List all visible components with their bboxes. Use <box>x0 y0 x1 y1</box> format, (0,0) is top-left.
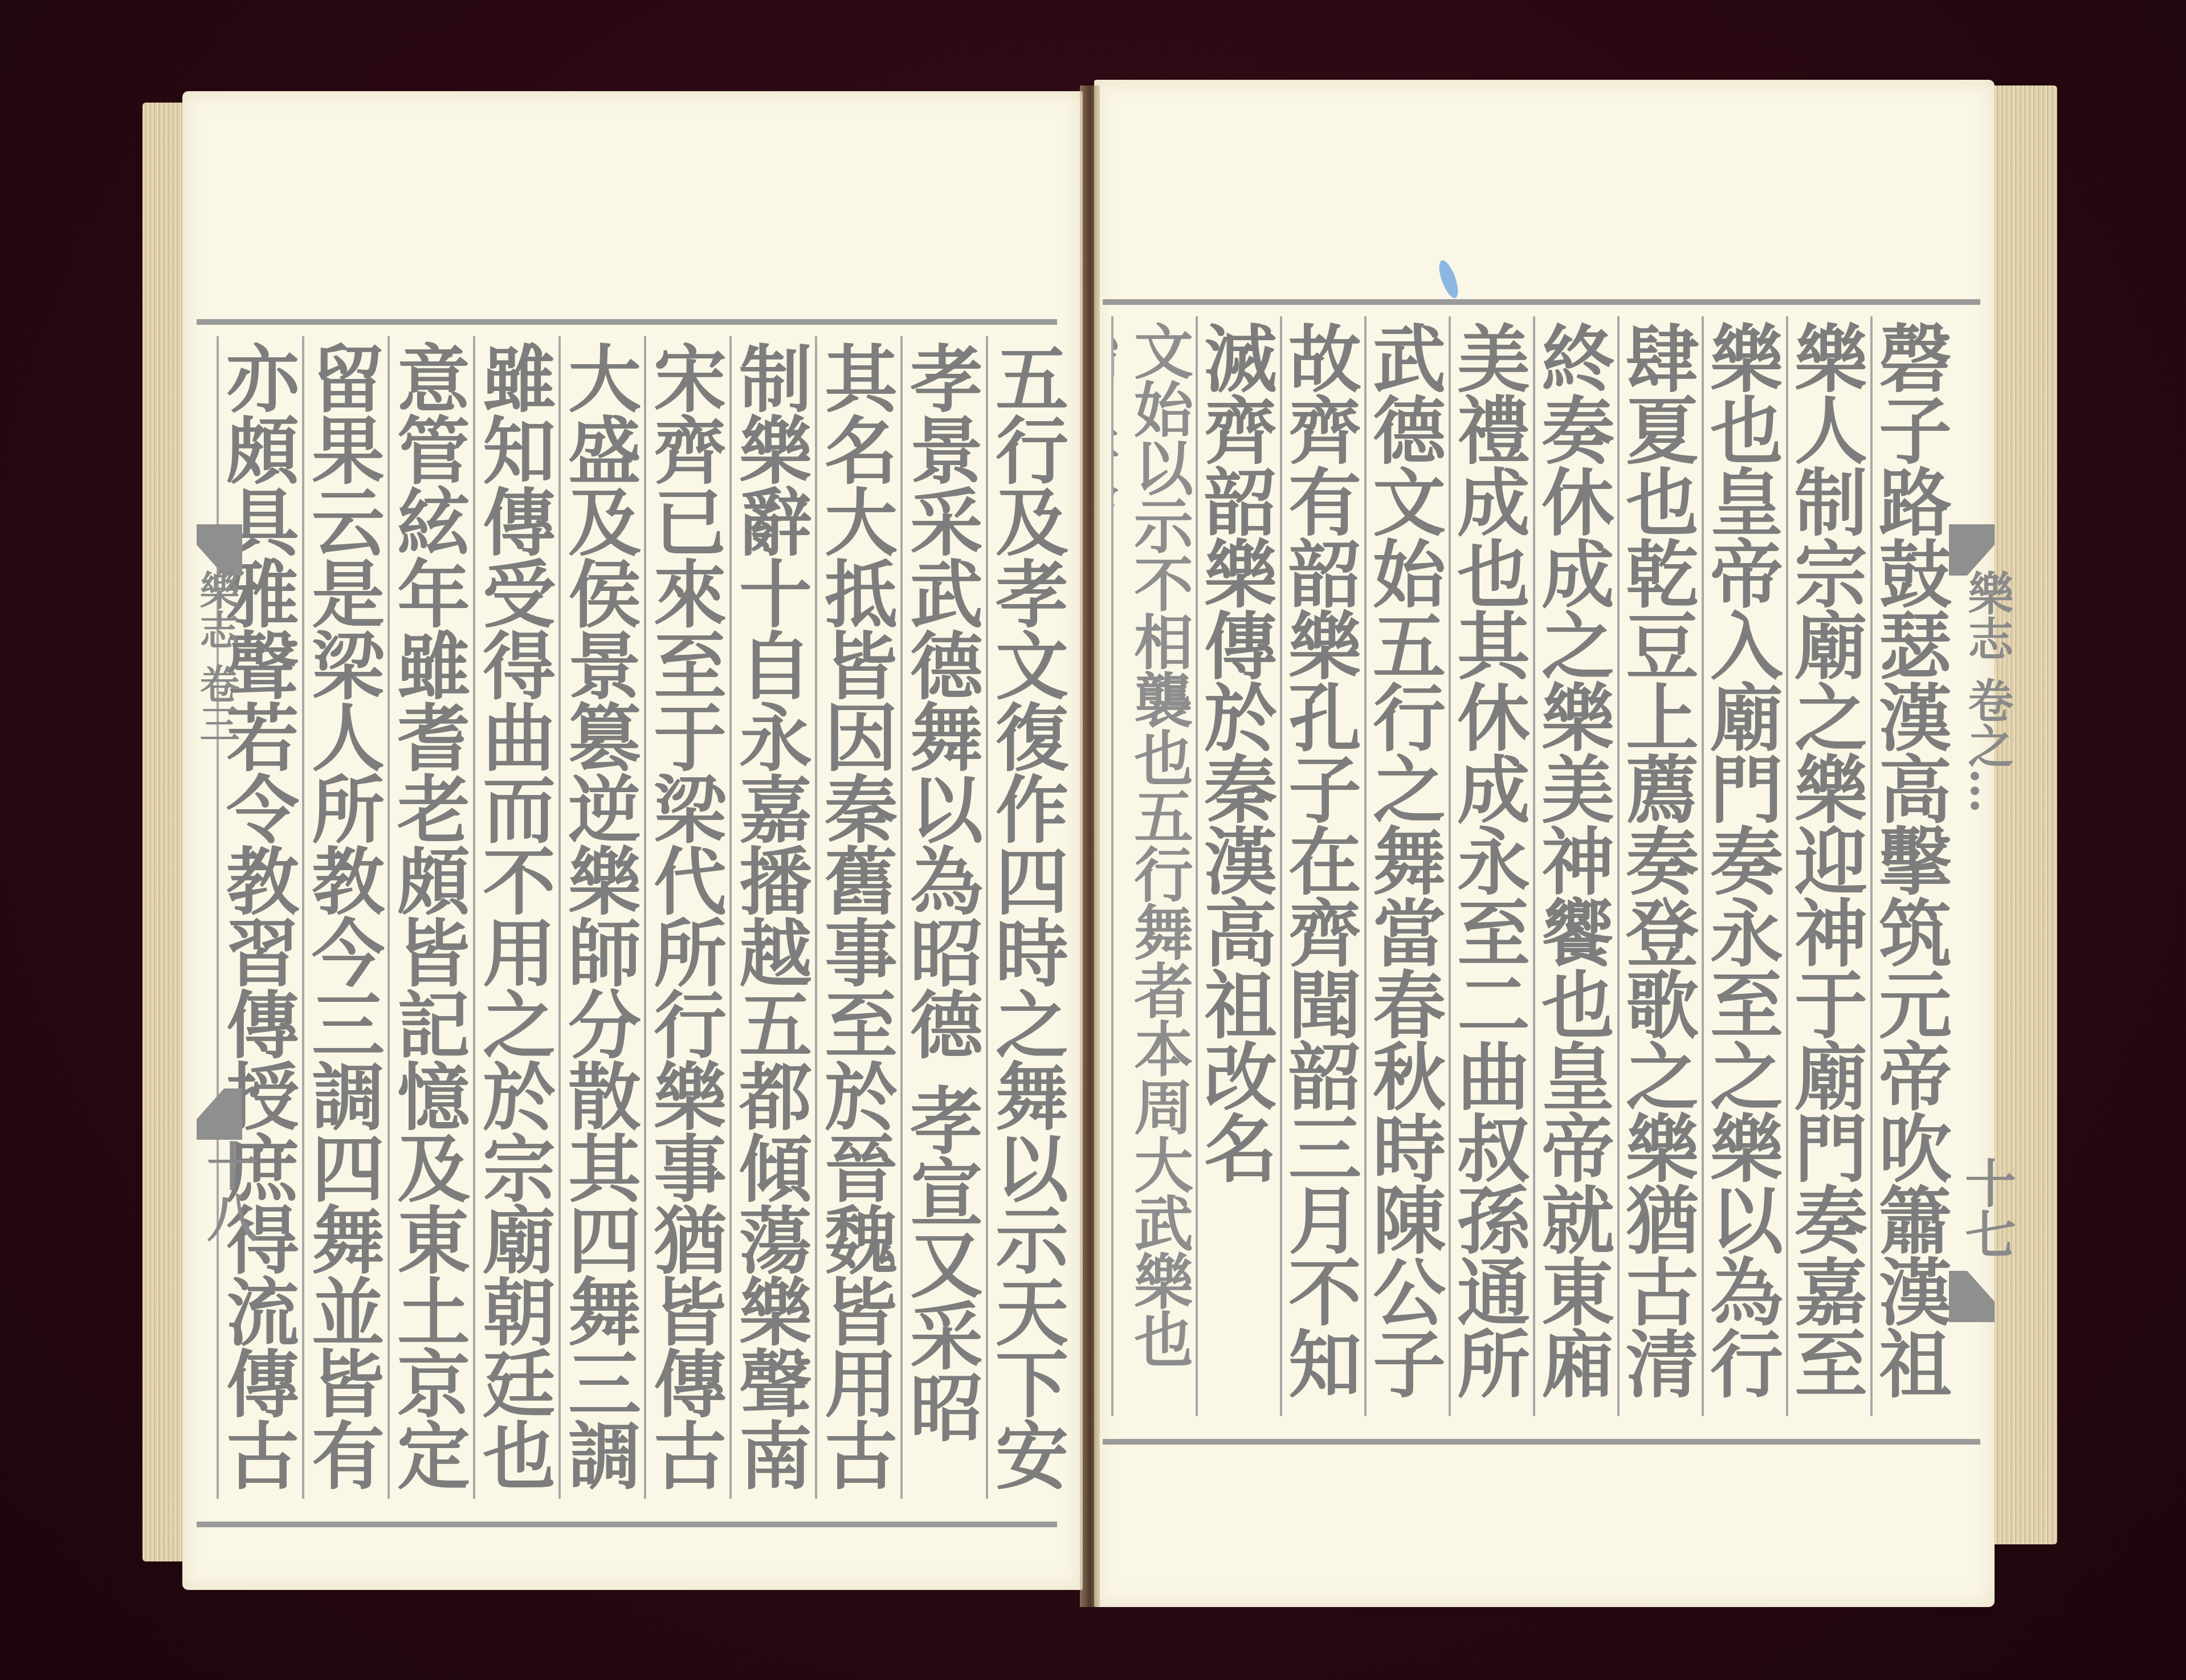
right-page-text: 磬子路鼓瑟漢高擊筑元帝吹簫漢祖之初叔孫通因秦 樂人制宗廟之樂迎神于廟門奏嘉至之樂… <box>1111 316 1955 1416</box>
left-margin-title: 樂志 卷三 <box>188 570 246 743</box>
page-edges-left <box>142 103 188 1561</box>
text-column: 雖知傳受得曲而不用之於宗廟朝廷也臣少好音律留 <box>473 336 558 1499</box>
text-column: 大盛及侯景篡逆樂師分散其四舞三調悉度偽齊齊氏 <box>558 336 644 1499</box>
text-column: 磬子路鼓瑟漢高擊筑元帝吹簫漢祖之初叔孫通因秦 <box>1870 316 1955 1416</box>
text-column: 意管絃年雖耆老頗皆記憶及東土京定樂人悉反問其逗 <box>388 336 473 1499</box>
text-column: 樂也皇帝入廟門奏永至之樂以為行步之節猶古采薺 <box>1702 316 1786 1416</box>
text-column: 宋齊已來至于梁代所行樂事猶皆傳古三雅四始實稱 <box>644 336 729 1499</box>
text-column: 樂人制宗廟之樂迎神于廟門奏嘉至之樂猶古降神之 <box>1786 316 1870 1416</box>
text-column: 孝景采武德舞以為昭德 孝宣又采昭德以為盛德雖變 <box>900 336 986 1499</box>
left-page-text: 五行及孝文復作四時之舞以示天下安和四時順也 孝景采武德舞以為昭德 孝宣又采昭德以… <box>217 336 1071 1499</box>
text-column: 五行及孝文復作四時之舞以示天下安和四時順也 <box>986 336 1071 1499</box>
right-margin-title: 樂志 卷之… <box>1955 570 2020 814</box>
page-edges-right <box>1995 85 2057 1544</box>
text-column: 其名大抵皆因秦舊事至於晉魏皆用古樂魏之三祖並 <box>815 336 900 1499</box>
text-column: 留果云是梁人所教今三調四舞並皆有手雖不能精熟 <box>302 336 388 1499</box>
right-page-number: 十七 <box>1949 1157 2023 1259</box>
text-column: 終奏休成之樂美神饗也皇帝就東廂坐定奏永安之樂 <box>1533 316 1617 1416</box>
left-page-number: 十八 <box>191 1140 265 1242</box>
text-column: 滅齊韶樂傳於秦漢高祖改名 <box>1196 316 1280 1416</box>
text-column: 故齊有韶樂孔子在齊聞韶三月不知肉味是也秦始皇 <box>1280 316 1364 1416</box>
book-gutter <box>1080 85 1100 1607</box>
text-column: 亦頗具雅聲若令教習傳授庶得流傳古樂然後取其會 <box>217 336 302 1499</box>
text-column: 文始以示不相襲也五行舞者本周大武樂也始皇改曰 <box>1111 316 1196 1416</box>
text-column: 制樂辭十自永嘉播越五都傾蕩樂聲南度以是大備江東 <box>729 336 815 1499</box>
text-column: 肆夏也乾豆上薦奏登歌之樂猶古清廟之歌也登歌再 <box>1617 316 1702 1416</box>
text-column: 武德文始五行之舞當春秋時陳公子完奔齊陳是舜後 <box>1364 316 1449 1416</box>
text-column: 美禮成也其休成永至二曲叔孫通所制也漢高祖廟奏 <box>1449 316 1533 1416</box>
